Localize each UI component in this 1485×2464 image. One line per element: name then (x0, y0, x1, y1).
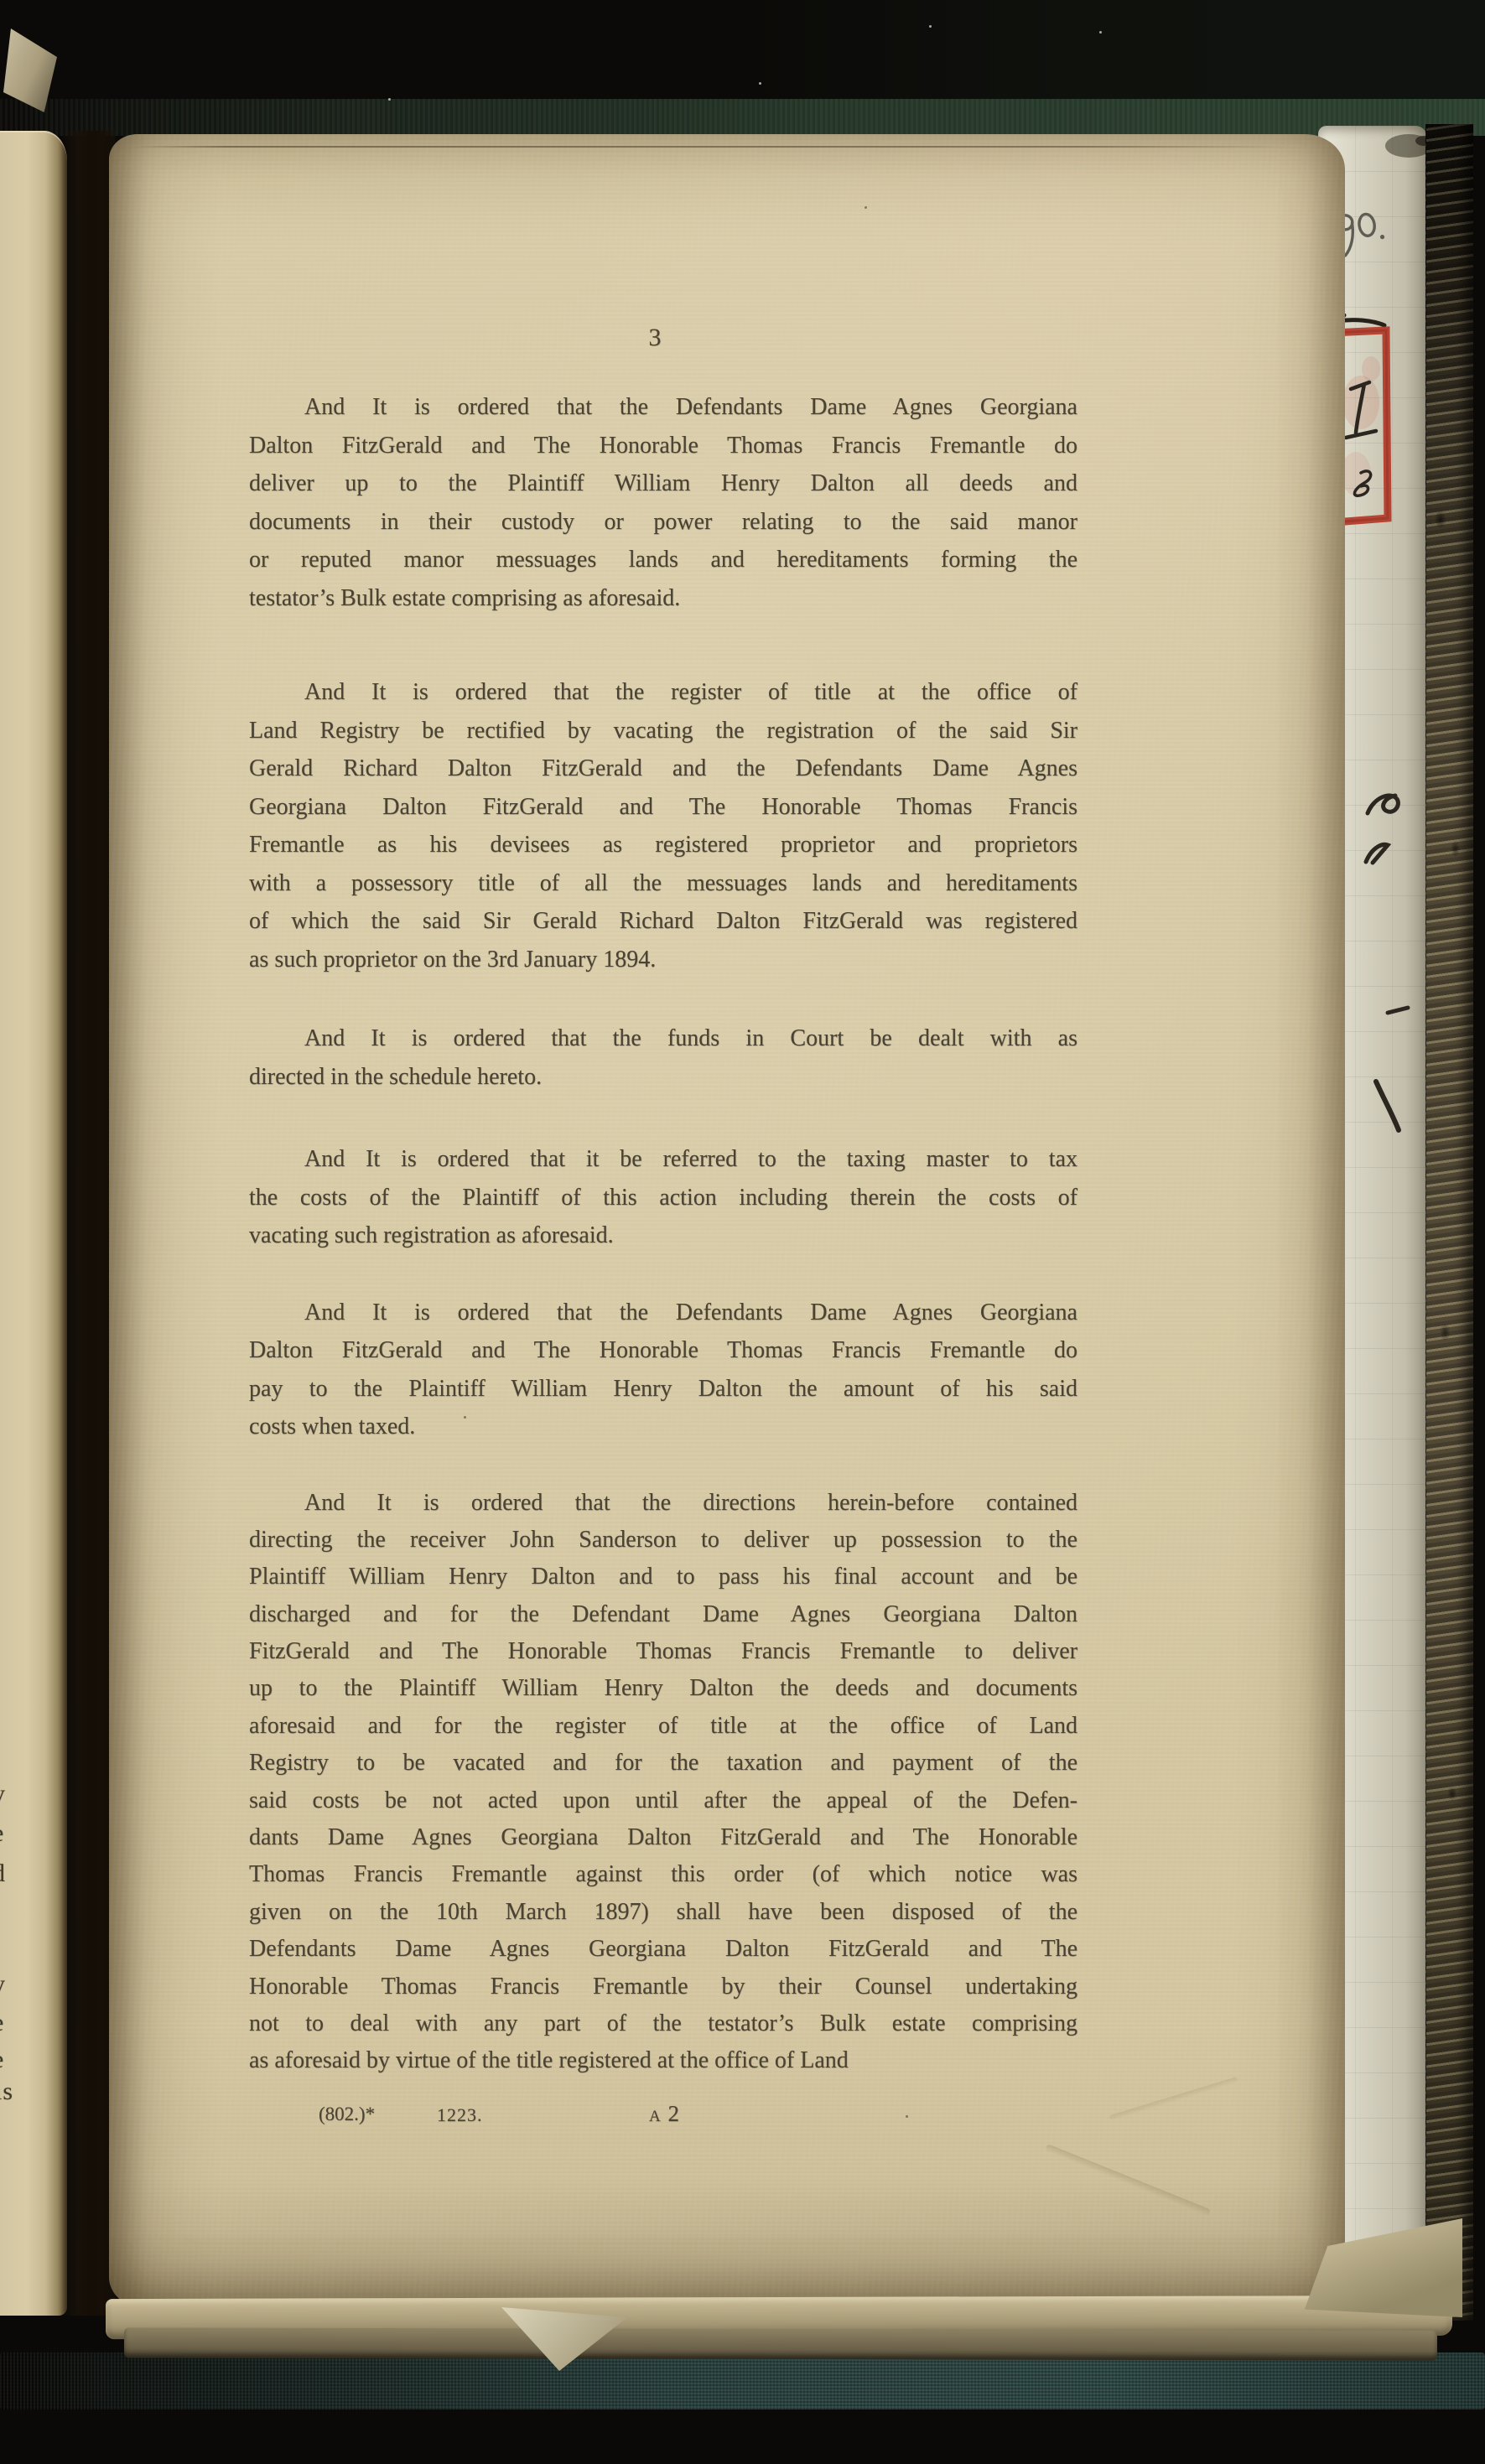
text-line: And It is ordered that the Defendants Da… (249, 388, 1077, 427)
text-line: Gerald Richard Dalton FitzGerald and the… (249, 750, 1077, 788)
document-page: 3 And It is ordered that the Defendants … (109, 134, 1345, 2307)
order-paragraph: And It is ordered that the funds in Cour… (249, 1019, 1077, 1096)
page-footer: (802.)* 1223. A 2 (109, 2101, 1345, 2135)
text-line: Defendants Dame Agnes Georgiana Dalton F… (249, 1931, 1077, 1968)
text-line: with a possessory title of all the messu… (249, 864, 1077, 903)
book-fore-edge (1425, 124, 1473, 2321)
underlying-page-top-line (132, 146, 1290, 148)
handwriting-marks (1346, 382, 1408, 1130)
text-line: not to deal with any part of the testato… (249, 2005, 1077, 2042)
order-paragraph: And It is ordered that it be referred to… (249, 1140, 1077, 1255)
text-line: documents in their custody or power rela… (249, 503, 1077, 542)
page-edge-fragment: d (0, 1860, 21, 1888)
text-line: as aforesaid by virtue of the title regi… (249, 2042, 1077, 2079)
text-line: FitzGerald and The Honorable Thomas Fran… (249, 1633, 1077, 1670)
text-line: of which the said Sir Gerald Richard Dal… (249, 902, 1077, 941)
page-edge-fragment: y (0, 1970, 21, 1999)
text-line: And It is ordered that the Defendants Da… (249, 1294, 1077, 1332)
book-cover-bottom (0, 2352, 1485, 2410)
text-line: as such proprietor on the 3rd January 18… (249, 941, 1077, 979)
text-line: Registry to be vacated and for the taxat… (249, 1745, 1077, 1782)
order-paragraph: And It is ordered that the Defendants Da… (249, 1294, 1077, 1446)
facing-page-edge: yedyeeis (0, 131, 67, 2316)
page-edge-fragment: y (0, 1780, 21, 1808)
text-line: given on the 10th March 1897) shall have… (249, 1894, 1077, 1931)
text-line: And It is ordered that it be referred to… (249, 1140, 1077, 1179)
text-line: Dalton FitzGerald and The Honorable Thom… (249, 1331, 1077, 1370)
text-line: up to the Plaintiff William Henry Dalton… (249, 1670, 1077, 1707)
footer-print-code: (802.)* (319, 2103, 375, 2125)
text-line: said costs be not acted upon until after… (249, 1782, 1077, 1819)
book-gutter-shadow (60, 131, 116, 2316)
text-line: Land Registry be rectified by vacating t… (249, 712, 1077, 750)
order-paragraph: And It is ordered that the register of t… (249, 673, 1077, 978)
page-edge-fragment: e (0, 2009, 21, 2037)
signature-numeral: 2 (667, 2101, 679, 2126)
text-line: pay to the Plaintiff William Henry Dalto… (249, 1370, 1077, 1408)
order-paragraph: And It is ordered that the directions he… (249, 1485, 1077, 2080)
text-line: directed in the schedule hereto. (249, 1058, 1077, 1097)
dust-speck (865, 206, 867, 209)
page-edge-fragment: e (0, 1819, 21, 1848)
text-line: Fremantle as his devisees as registered … (249, 826, 1077, 864)
text-line: And It is ordered that the funds in Cour… (249, 1019, 1077, 1058)
scanner-background-top (0, 0, 1485, 136)
text-line: And It is ordered that the directions he… (249, 1485, 1077, 1522)
crumpled-page-edges (124, 2327, 1437, 2360)
text-line: Plaintiff William Henry Dalton and to pa… (249, 1559, 1077, 1595)
text-line: costs when taxed. (249, 1408, 1077, 1446)
order-paragraphs: And It is ordered that the Defendants Da… (249, 388, 1077, 2080)
text-line: Thomas Francis Fremantle against this or… (249, 1856, 1077, 1893)
text-line: vacating such registration as aforesaid. (249, 1216, 1077, 1255)
text-line: Dalton FitzGerald and The Honorable Thom… (249, 427, 1077, 465)
text-line: directing the receiver John Sanderson to… (249, 1522, 1077, 1559)
footer-job-number: 1223. (437, 2104, 483, 2126)
page-number: 3 (109, 324, 1201, 352)
text-line: aforesaid and for the register of title … (249, 1708, 1077, 1745)
paper-crease (1045, 2144, 1211, 2217)
page-edge-fragment: is (0, 2078, 23, 2106)
text-line: or reputed manor messuages lands and her… (249, 541, 1077, 579)
text-line: And It is ordered that the register of t… (249, 673, 1077, 712)
footer-signature-mark: A 2 (649, 2101, 679, 2127)
book-cover-top-edge (0, 99, 1485, 136)
text-line: Honorable Thomas Francis Fremantle by th… (249, 1969, 1077, 2005)
page-edge-fragment: e (0, 2046, 21, 2074)
text-line: testator’s Bulk estate comprising as afo… (249, 579, 1077, 618)
text-line: discharged and for the Defendant Dame Ag… (249, 1596, 1077, 1633)
order-paragraph: And It is ordered that the Defendants Da… (249, 388, 1077, 617)
text-line: dants Dame Agnes Georgiana Dalton FitzGe… (249, 1819, 1077, 1856)
signature-letter: A (649, 2108, 662, 2125)
text-line: the costs of the Plaintiff of this actio… (249, 1179, 1077, 1217)
text-line: deliver up to the Plaintiff William Henr… (249, 464, 1077, 503)
text-line: Georgiana Dalton FitzGerald and The Hono… (249, 788, 1077, 827)
